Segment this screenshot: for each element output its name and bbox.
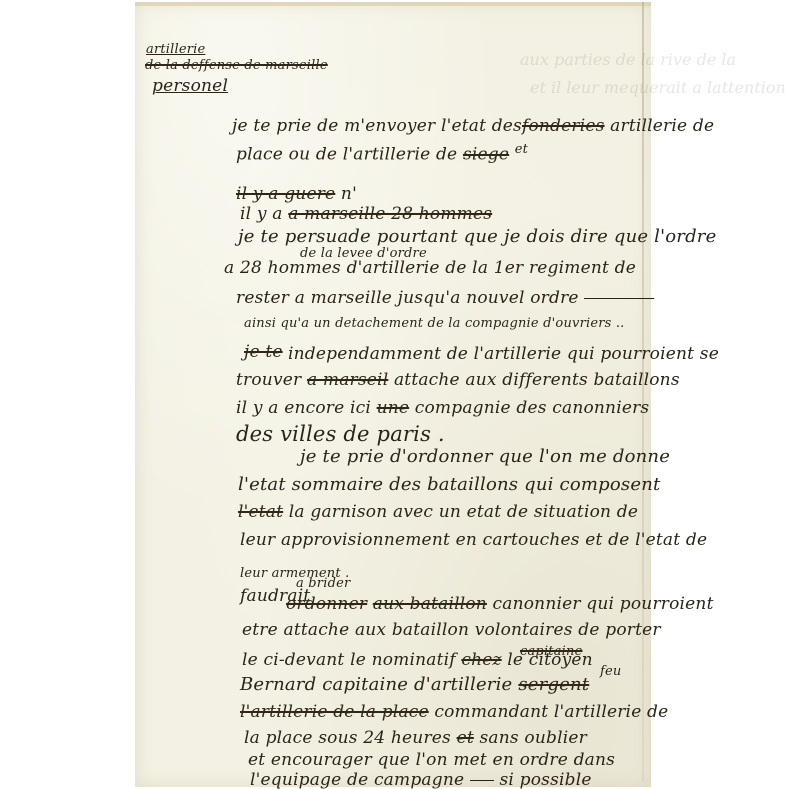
manuscript-line-03: il y a guere n' — [236, 184, 357, 204]
manuscript-line-25: la place sous 24 heures et sans oublier — [244, 728, 587, 748]
text-segment: place ou de l'artillerie de — [236, 145, 457, 165]
text-segment: attache aux differents bataillons — [394, 370, 680, 390]
text-segment: et encourager que l'on met en ordre dans — [248, 750, 615, 770]
manuscript-line-17: leur approvisionnement en cartouches et … — [240, 530, 707, 550]
manuscript-line-10-insert: independamment de l'artillerie qui pourr… — [288, 344, 719, 364]
text-segment: je te prie d'ordonner que l'on me donne — [300, 446, 670, 467]
text-segment: l'etat sommaire des bataillons qui compo… — [238, 474, 660, 495]
struck-text-segment: fonderies — [522, 116, 605, 136]
manuscript-line-13: des villes de paris . — [236, 422, 445, 446]
text-segment: canonnier qui pourroient — [493, 594, 714, 614]
struck-text-segment: siege — [463, 145, 509, 165]
text-segment: et — [515, 142, 528, 157]
manuscript-line-19-insert: a brider — [296, 576, 350, 591]
struck-text-segment: ordonner — [286, 594, 367, 614]
manuscript-line-16: l'etat la garnison avec un etat de situa… — [238, 502, 638, 522]
show-through-text-1: aux parties de la rive de la — [520, 50, 736, 69]
struck-text-segment: une — [377, 398, 410, 418]
text-segment: je te persuade pourtant que je dois dire… — [238, 226, 716, 247]
margin-note-text: personel — [152, 76, 228, 96]
text-segment: des villes de paris . — [236, 422, 445, 446]
manuscript-line-27: l'equipage de campagne si possible — [250, 770, 592, 789]
text-segment: la place sous 24 heures — [244, 728, 451, 748]
margin-note-artillerie: artillerie — [146, 42, 205, 57]
struck-text-segment: l'artillerie de la place — [240, 702, 429, 722]
manuscript-line-22: le ci-devant le nominatif chez le citoye… — [242, 650, 593, 670]
text-segment: il y a — [240, 204, 283, 224]
struck-text-segment: a marseil — [307, 370, 388, 390]
manuscript-line-14: je te prie d'ordonner que l'on me donne — [300, 446, 670, 467]
text-segment: a 28 hommes d'artillerie de la 1er regim… — [224, 258, 636, 278]
struck-text-segment: aux bataillon — [373, 594, 487, 614]
text-segment: la garnison avec un etat de situation de — [289, 502, 638, 522]
manuscript-line-26: et encourager que l'on met en ordre dans — [248, 750, 615, 770]
text-segment: commandant l'artillerie de — [434, 702, 668, 722]
text-segment: je te prie de m'envoyer — [232, 116, 435, 136]
manuscript-line-04: il y a a marseille 28 hommes — [240, 204, 492, 224]
struck-text-segment: chez — [461, 650, 501, 670]
manuscript-line-23: Bernard capitaine d'artillerie sergent — [240, 674, 589, 695]
margin-note-deffense: de la deffense de marseille — [145, 58, 328, 73]
manuscript-line-02: place ou de l'artillerie de siege et — [236, 142, 528, 165]
text-segment: sans oublier — [479, 728, 586, 748]
text-segment: ainsi qu'a un detachement de la compagni… — [244, 316, 625, 331]
inserted-text: feu — [600, 664, 621, 679]
struck-text-segment: a marseille 28 hommes — [288, 204, 492, 224]
text-segment: n' — [341, 184, 357, 204]
manuscript-line-12: il y a encore ici une compagnie des cano… — [236, 398, 649, 418]
text-segment: trouver — [236, 370, 301, 390]
show-through-text-2: et il leur mequerait a lattention — [530, 78, 786, 97]
struck-text-segment: il y a guere — [236, 184, 335, 204]
text-segment: si possible — [499, 770, 591, 789]
manuscript-line-21: etre attache aux bataillon volontaires d… — [242, 620, 661, 640]
manuscript-line-01: je te prie de m'envoyer l'etat desfonder… — [232, 116, 714, 136]
text-segment: le citoyen — [507, 650, 593, 670]
struck-text-segment: et — [457, 728, 474, 748]
text-segment: leur approvisionnement en cartouches et … — [240, 530, 707, 550]
line-filler-dash — [584, 298, 654, 299]
text-segment: etre attache aux bataillon volontaires d… — [242, 620, 661, 640]
manuscript-line-23-insert: feu — [600, 664, 621, 679]
text-segment: le ci-devant le nominatif — [242, 650, 456, 670]
manuscript-line-07: a 28 hommes d'artillerie de la 1er regim… — [224, 258, 636, 278]
text-segment: compagnie des canonniers — [415, 398, 650, 418]
text-segment: il y a encore ici — [236, 398, 371, 418]
manuscript-line-10: je te — [244, 342, 283, 362]
margin-note-struck-text: de la deffense de marseille — [145, 58, 328, 73]
text-segment: Bernard capitaine d'artillerie — [240, 674, 512, 695]
text-segment: artillerie de — [610, 116, 714, 136]
struck-text-segment: sergent — [518, 674, 589, 695]
text-segment: l'etat des — [441, 116, 522, 136]
manuscript-line-20: ordonner aux bataillon canonnier qui pou… — [286, 594, 714, 614]
manuscript-line-09: ainsi qu'a un detachement de la compagni… — [244, 316, 625, 331]
text-segment: rester a marseille jusqu'a nouvel ordre — [236, 288, 579, 308]
text-segment: l'equipage de campagne — [250, 770, 464, 789]
margin-note-personel: personel — [152, 76, 228, 96]
margin-note-text: artillerie — [146, 42, 205, 57]
inserted-text: a brider — [296, 576, 350, 591]
manuscript-line-05: je te persuade pourtant que je dois dire… — [238, 226, 716, 247]
manuscript-line-11: trouver a marseil attache aux differents… — [236, 370, 680, 390]
struck-text-segment: l'etat — [238, 502, 283, 522]
manuscript-line-15: l'etat sommaire des bataillons qui compo… — [238, 474, 660, 495]
inserted-text: independamment de l'artillerie qui pourr… — [288, 344, 719, 364]
line-filler-dash — [470, 780, 494, 781]
struck-text-segment: je te — [244, 342, 283, 362]
manuscript-line-08: rester a marseille jusqu'a nouvel ordre — [236, 288, 654, 308]
manuscript-line-24: l'artillerie de la place commandant l'ar… — [240, 702, 668, 722]
